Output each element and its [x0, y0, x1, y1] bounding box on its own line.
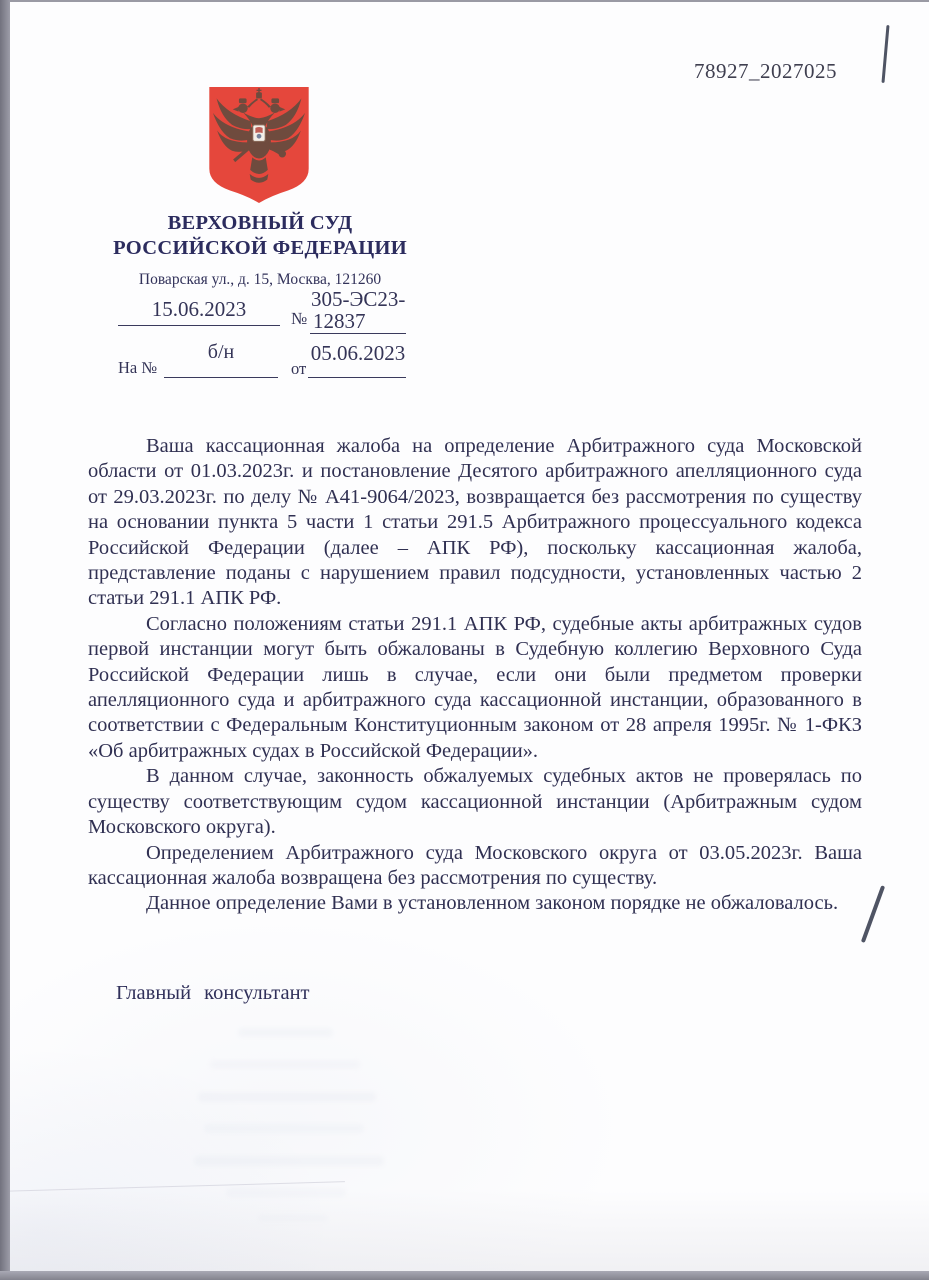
paragraph-1: Ваша кассационная жалоба на определение …	[88, 434, 862, 612]
scan-edge-bottom	[0, 1271, 929, 1280]
court-name-line2: РОССИЙСКОЙ ФЕДЕРАЦИИ	[104, 236, 416, 261]
number-sign: №	[291, 309, 307, 329]
signature-title: Главный консультант	[116, 982, 310, 1005]
russia-coat-of-arms-icon	[207, 86, 311, 204]
incoming-date: 05.06.2023	[308, 341, 408, 366]
incoming-label: На №	[118, 358, 157, 378]
letter-body: Ваша кассационная жалоба на определение …	[88, 434, 862, 917]
outgoing-number-underline	[310, 333, 406, 334]
paragraph-3: В данном случае, законность обжалуемых с…	[88, 764, 862, 840]
incoming-from-label: от	[291, 359, 306, 379]
incoming-number: б/н	[163, 341, 279, 364]
outgoing-date: 15.06.2023	[118, 297, 280, 322]
incoming-date-underline	[308, 377, 406, 378]
outgoing-date-underline	[118, 325, 280, 326]
document-code: 78927_2027025	[694, 59, 837, 84]
court-name-line1: ВЕРХОВНЫЙ СУД	[104, 211, 416, 236]
faint-stamp-artifact	[168, 1022, 448, 1247]
outgoing-number-part2: 12837	[313, 309, 366, 334]
paragraph-4: Определением Арбитражного суда Московско…	[88, 841, 862, 892]
scan-edge-left	[0, 0, 10, 1280]
paragraph-2: Согласно положениям статьи 291.1 АПК РФ,…	[88, 612, 862, 764]
incoming-number-underline	[164, 377, 278, 378]
scanned-letter-page: 78927_2027025	[0, 0, 929, 1280]
paragraph-5: Данное определение Вами в установленном …	[88, 891, 862, 916]
